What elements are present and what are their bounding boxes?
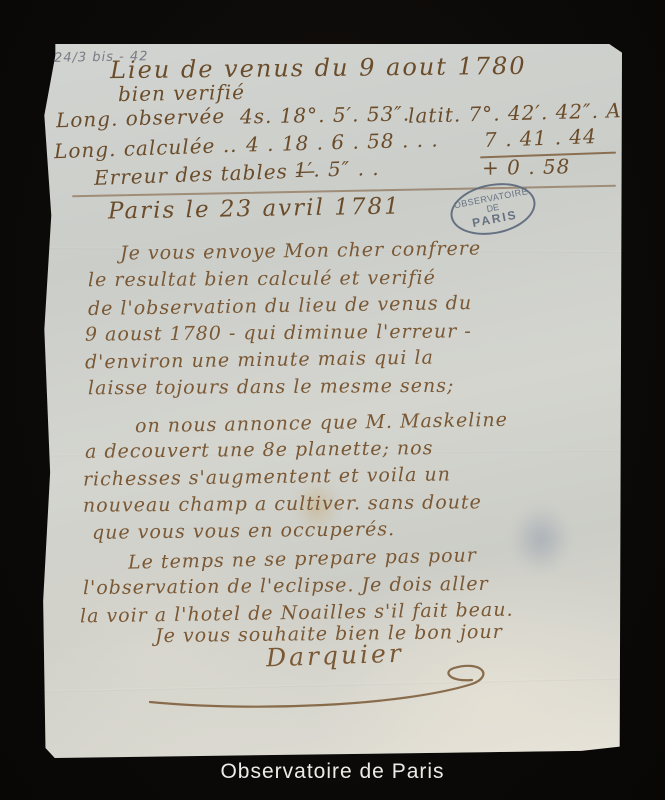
body-line: richesses s'augmentent et voila un [83, 463, 451, 490]
header-subtitle: bien verifié [118, 80, 245, 106]
body-line: nouveau champ a cultiver. sans doute [83, 491, 482, 516]
row-long-observee-value: 4s. 18°. 5′. 53″. [240, 102, 411, 129]
body-line: a decouvert une 8e planette; nos [85, 437, 434, 463]
observatoire-de-paris-stamp: OBSERVATOIRE DE PARIS [446, 176, 540, 241]
body-line: que vous vous en occuperés. [92, 518, 395, 544]
body-line: de l'observation du lieu de venus du [88, 292, 472, 320]
row-erreur-tables-result: + 0 . 58 [482, 154, 571, 180]
row-long-calculee-value: 4 . 18 . 6 . 58 . . . [246, 127, 439, 156]
header-title: Lieu de venus du 9 aout 1780 [110, 52, 527, 84]
body-line: laisse tojours dans le mesme sens; [88, 375, 455, 400]
body-line: 9 aoust 1780 - qui diminue l'erreur - [85, 320, 472, 345]
mount-caption: Observatoire de Paris [0, 760, 665, 784]
body-line: Je vous envoye Mon cher confrere [120, 237, 481, 264]
letter-paper: 24/3 bis - 42 Lieu de venus du 9 aout 17… [42, 44, 622, 758]
body-line: le resultat bien calculé et verifié [88, 267, 436, 291]
dateline: Paris le 23 avril 1781 [108, 193, 401, 224]
body-line: d'environ une minute mais qui la [85, 347, 434, 374]
stamp-text-bottom: PARIS [471, 208, 518, 229]
paper-crease [42, 677, 622, 692]
row-erreur-tables-value: 1′. 5″ . . [294, 156, 380, 182]
signature: Darquier [266, 639, 405, 673]
archive-scan-page: { "archive_label": "24/3 bis - 42", "hea… [0, 0, 665, 800]
row-long-observee-label: Long. observée [56, 104, 226, 132]
body-line: Le temps ne se prepare pas pour [128, 544, 477, 573]
row-long-calculee-label: Long. calculée .. [54, 133, 238, 163]
paper-stain [512, 506, 570, 572]
row-long-calculee-latitude: 7 . 41 . 44 [484, 124, 598, 152]
body-line: on nous annonce que M. Maskeline [135, 409, 508, 438]
body-line: l'observation de l'eclipse. Je dois alle… [83, 573, 489, 599]
row-erreur-tables-label: Erreur des tables — [94, 158, 317, 190]
